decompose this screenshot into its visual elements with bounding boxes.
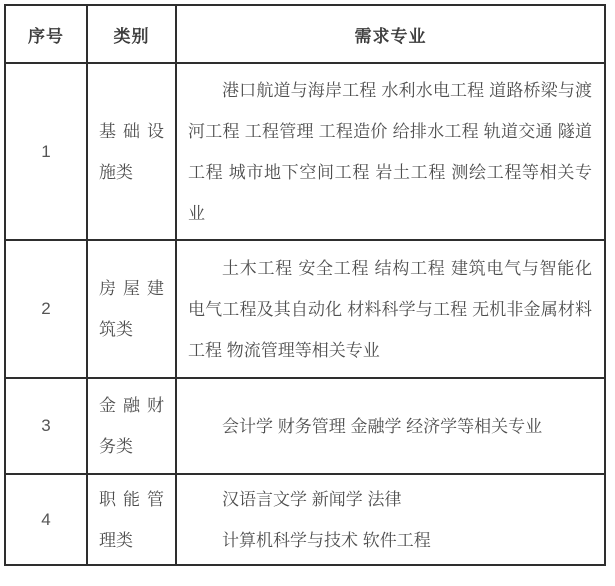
header-cell-category: 类别 [87, 5, 176, 63]
serial-number: 3 [5, 378, 87, 474]
table-row: 3 金融财务类 会计学 财务管理 金融学 经济学等相关专业 [5, 378, 605, 474]
header-row: 序号 类别 需求专业 [5, 5, 605, 63]
majors-cell: 土木工程 安全工程 结构工程 建筑电气与智能化 电气工程及其自动化 材料科学与工… [176, 240, 605, 378]
majors-paragraph: 汉语言文学 新闻学 法律 [188, 479, 592, 520]
majors-paragraph: 会计学 财务管理 金融学 经济学等相关专业 [188, 406, 592, 447]
table-row: 4 职能管理类 汉语言文学 新闻学 法律 计算机科学与技术 软件工程 [5, 474, 605, 565]
category-label: 职能管理类 [87, 474, 176, 565]
majors-paragraph: 港口航道与海岸工程 水利水电工程 道路桥梁与渡河工程 工程管理 工程造价 给排水… [188, 70, 592, 234]
serial-number: 1 [5, 63, 87, 240]
serial-number: 4 [5, 474, 87, 565]
table-row: 2 房屋建筑类 土木工程 安全工程 结构工程 建筑电气与智能化 电气工程及其自动… [5, 240, 605, 378]
header-cell-serial: 序号 [5, 5, 87, 63]
table-row: 1 基础设施类 港口航道与海岸工程 水利水电工程 道路桥梁与渡河工程 工程管理 … [5, 63, 605, 240]
majors-cell: 汉语言文学 新闻学 法律 计算机科学与技术 软件工程 [176, 474, 605, 565]
category-label: 房屋建筑类 [87, 240, 176, 378]
header-cell-majors: 需求专业 [176, 5, 605, 63]
serial-number: 2 [5, 240, 87, 378]
majors-cell: 港口航道与海岸工程 水利水电工程 道路桥梁与渡河工程 工程管理 工程造价 给排水… [176, 63, 605, 240]
majors-paragraph: 土木工程 安全工程 结构工程 建筑电气与智能化 电气工程及其自动化 材料科学与工… [188, 248, 592, 371]
category-label: 金融财务类 [87, 378, 176, 474]
majors-cell: 会计学 财务管理 金融学 经济学等相关专业 [176, 378, 605, 474]
majors-demand-table: 序号 类别 需求专业 1 基础设施类 港口航道与海岸工程 水利水电工程 道路桥梁… [4, 4, 606, 566]
majors-paragraph: 计算机科学与技术 软件工程 [188, 520, 592, 561]
category-label: 基础设施类 [87, 63, 176, 240]
